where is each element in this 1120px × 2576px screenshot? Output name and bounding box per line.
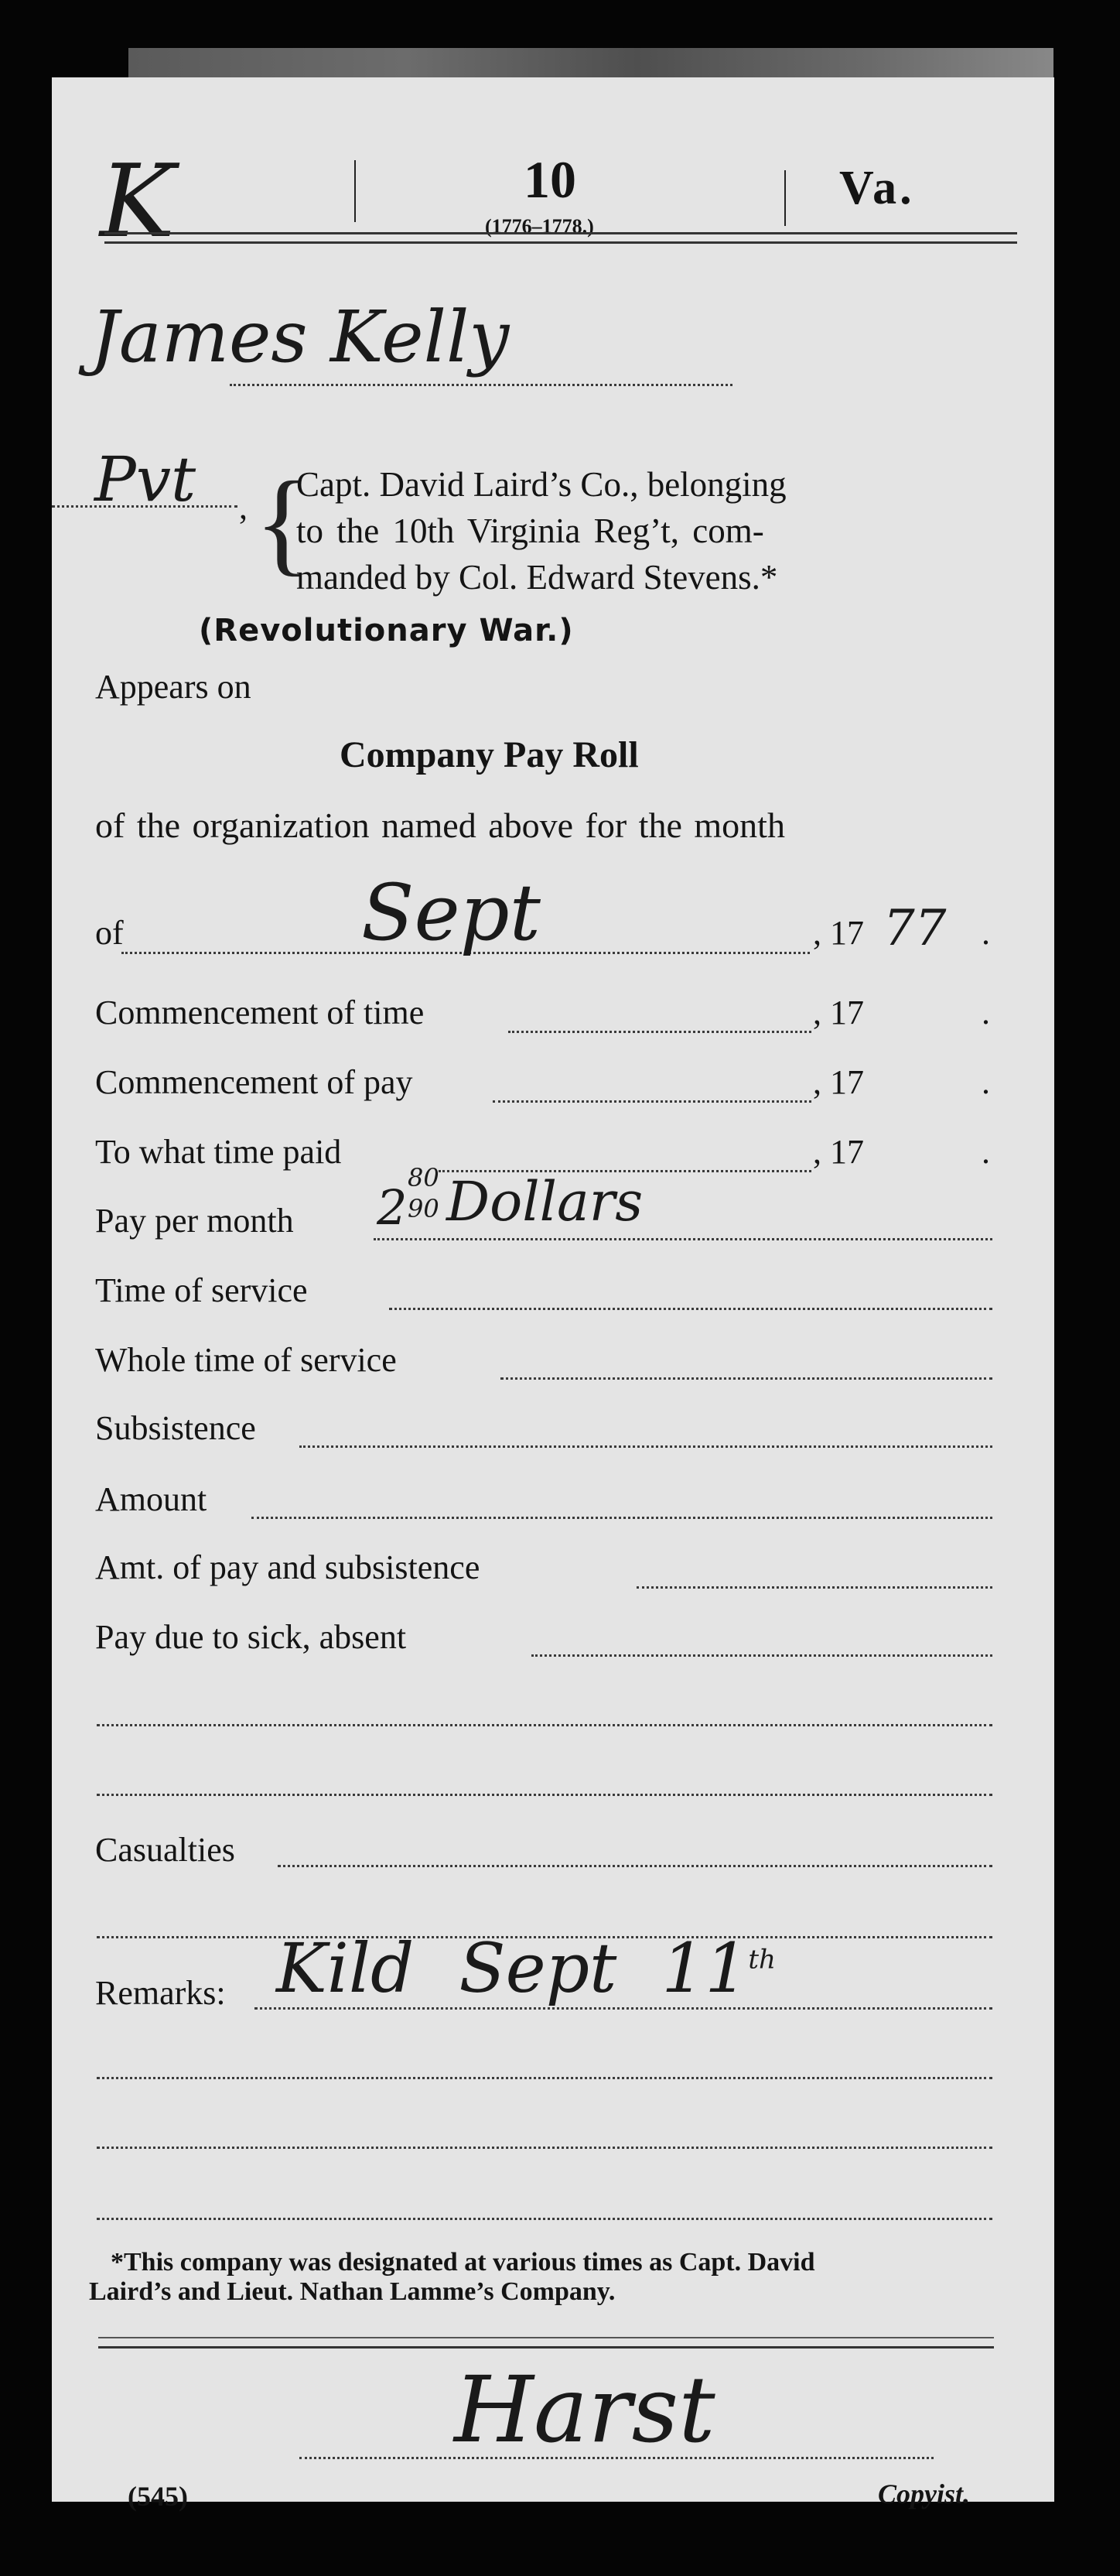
copyist-signature: Harst: [454, 2364, 715, 2455]
remarks-value: Kild Sept 11th: [276, 1935, 776, 2003]
amount-line: [251, 1517, 992, 1519]
to-what-time-period: .: [982, 1132, 990, 1172]
month-year-prefix: , 17: [813, 913, 864, 953]
footnote-line-2: Laird’s and Lieut. Nathan Lamme’s Compan…: [89, 2277, 815, 2307]
soldier-rank: Pvt: [94, 449, 196, 511]
pay-due-sick-line: [531, 1654, 992, 1657]
amount-label: Amount: [95, 1480, 207, 1519]
pay-whole: 2: [377, 1184, 407, 1232]
copyist-rule-bottom: [98, 2346, 994, 2349]
amt-pay-subsistence-line: [637, 1586, 992, 1589]
unit-line-3: manded by Col. Edward Stevens.*: [296, 557, 777, 597]
commencement-pay-line: [493, 1100, 811, 1103]
copyist-rule-top: [98, 2337, 994, 2338]
extra-line-1: [97, 1724, 992, 1726]
regiment-number: 10: [524, 153, 576, 206]
unit-line-1: Capt. David Laird’s Co., belonging: [296, 464, 787, 505]
time-of-service-line: [389, 1308, 992, 1310]
remarks-label: Remarks:: [95, 1973, 226, 2013]
rank-line: [52, 505, 237, 508]
of-label: of: [95, 913, 124, 953]
pay-fraction-num: 80: [408, 1165, 439, 1190]
commencement-time-year: , 17: [813, 993, 864, 1032]
rank-comma: ,: [239, 487, 248, 527]
month-period: .: [982, 913, 990, 953]
pay-unit: Dollars: [446, 1175, 643, 1229]
month-value: Sept: [361, 874, 541, 952]
header-divider-right: [784, 170, 786, 226]
month-clause: of the organization named above for the …: [95, 805, 785, 846]
copyist-line: [299, 2457, 934, 2459]
header-rule-bottom: [104, 241, 1017, 244]
name-line: [230, 384, 732, 386]
header-rule-top: [104, 232, 1017, 234]
paper-top-shadow: [128, 48, 1053, 79]
remarks-line-4: [97, 2218, 992, 2220]
whole-time-line: [500, 1377, 992, 1380]
pay-fraction-den: 90: [408, 1196, 439, 1221]
commencement-time-label: Commencement of time: [95, 993, 424, 1032]
to-what-time-year: , 17: [813, 1132, 864, 1172]
state-abbrev: Va.: [839, 164, 915, 212]
appears-on-label: Appears on: [95, 667, 251, 706]
footnote: *This company was designated at various …: [89, 2248, 815, 2307]
copyist-label: Copyist.: [878, 2478, 970, 2510]
amt-pay-subsistence-label: Amt. of pay and subsistence: [95, 1548, 480, 1587]
casualties-line: [278, 1865, 992, 1867]
record-type: Company Pay Roll: [340, 734, 639, 776]
commencement-time-line: [508, 1031, 811, 1033]
subsistence-label: Subsistence: [95, 1408, 256, 1448]
remarks-line-2: [97, 2077, 992, 2079]
commencement-pay-label: Commencement of pay: [95, 1062, 413, 1102]
remarks-text: Kild Sept 11: [276, 1928, 748, 2008]
month-year-suffix: 77: [883, 904, 946, 953]
footnote-line-1: *This company was designated at various …: [89, 2248, 815, 2277]
soldier-name: James Kelly: [90, 302, 509, 373]
pay-roll-card: K 10 (1776–1778.) Va. James Kelly Pvt , …: [52, 77, 1054, 2502]
commencement-pay-year: , 17: [813, 1062, 864, 1102]
extra-line-2: [97, 1794, 992, 1796]
remarks-line-3: [97, 2147, 992, 2149]
to-what-time-label: To what time paid: [95, 1132, 341, 1172]
unit-line-2: to the 10th Virginia Reg’t, com-: [296, 511, 764, 551]
time-of-service-label: Time of service: [95, 1271, 308, 1310]
pay-per-month-line: [374, 1238, 992, 1240]
subsistence-line: [299, 1445, 992, 1448]
war-label: (Revolutionary War.): [199, 613, 574, 648]
commencement-time-period: .: [982, 993, 990, 1032]
pay-due-sick-label: Pay due to sick, absent: [95, 1617, 406, 1657]
form-number: (545): [128, 2480, 188, 2513]
whole-time-label: Whole time of service: [95, 1340, 397, 1380]
pay-per-month-label: Pay per month: [95, 1201, 294, 1240]
index-letter: K: [100, 151, 175, 251]
commencement-pay-period: .: [982, 1062, 990, 1102]
header-divider-left: [354, 160, 356, 222]
casualties-label: Casualties: [95, 1830, 235, 1870]
remarks-superscript: th: [748, 1945, 776, 1976]
